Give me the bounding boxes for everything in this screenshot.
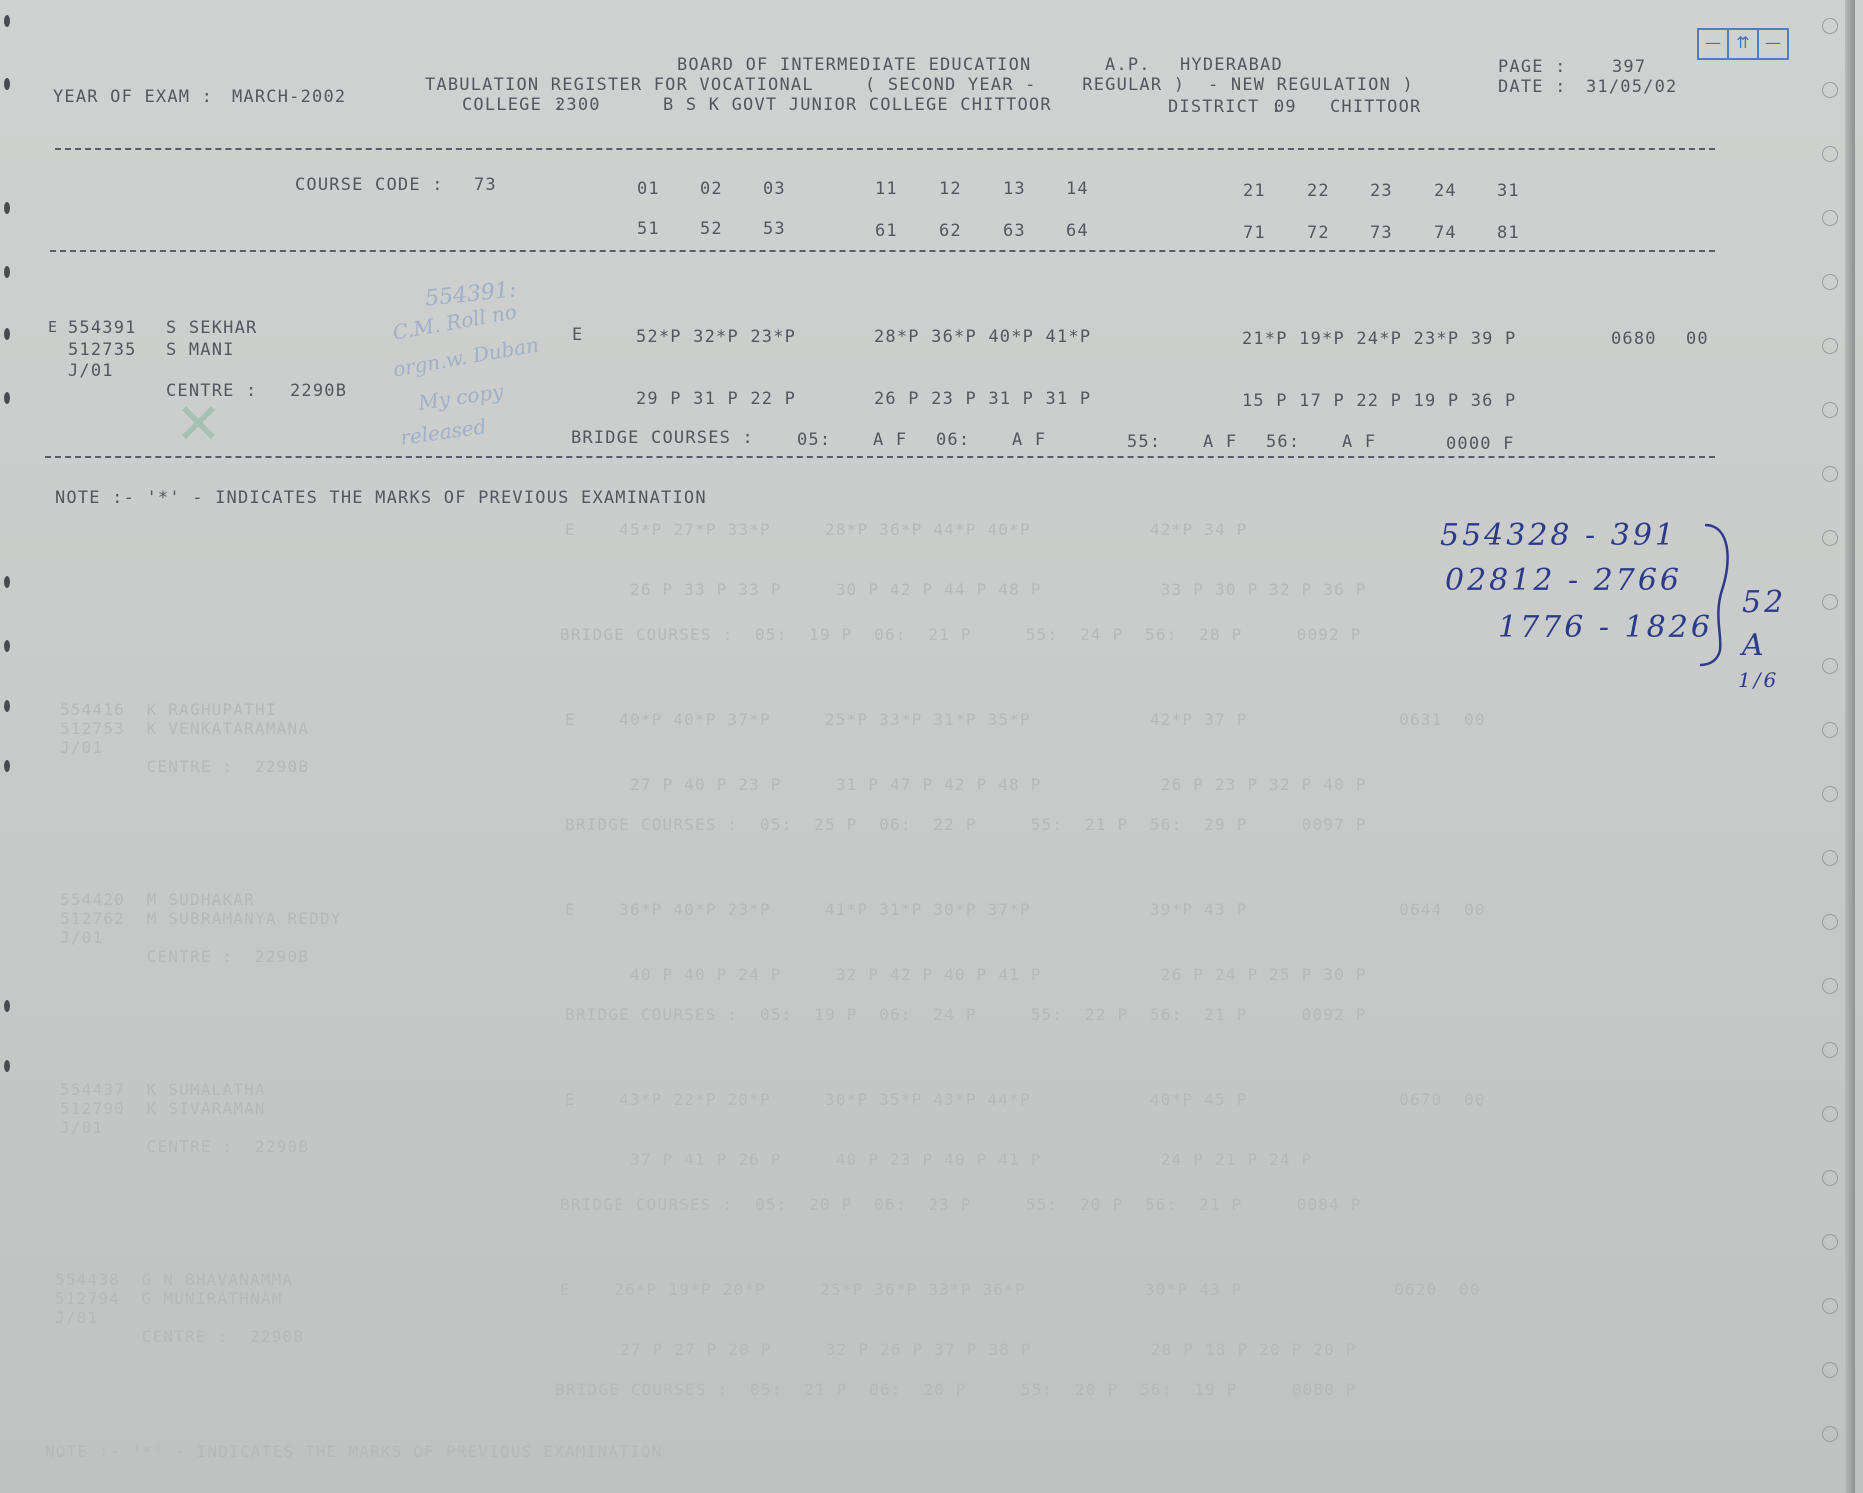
paper-edge [1845,0,1855,1493]
sprocket-hole [1820,1104,1841,1125]
feed-hole [4,392,10,404]
subject-code: 61 [875,221,898,241]
year-label: YEAR OF EXAM : [53,87,213,107]
subject-code: 71 [1243,223,1266,243]
second-year-marks-group2: 26 P 23 P 31 P 31 P [874,389,1091,409]
sprocket-hole [1820,400,1841,421]
feed-hole [4,78,10,90]
feed-hole [4,700,10,712]
handwritten-fraction: 1/6 [1738,668,1779,692]
subject-code: 51 [637,219,660,239]
sprocket-hole [1820,1424,1841,1445]
subject-code: 62 [939,221,962,241]
subject-code: 02 [700,179,723,199]
college-code: 2300 [555,95,601,115]
page-label: PAGE : [1498,57,1567,77]
stamp-cell: — [1759,30,1787,58]
city-name: HYDERABAD [1180,55,1283,75]
centre-code: 2290B [290,381,347,401]
bridge-courses-label: BRIDGE COURSES : [571,428,754,448]
bridge-code: 55: [1127,432,1161,452]
subject-code: 22 [1307,181,1330,201]
feed-hole [4,1060,10,1072]
bridge-result: A F [1012,430,1046,450]
sprocket-hole [1820,1296,1841,1317]
feed-hole [4,328,10,340]
district-code: 09 [1274,97,1297,117]
handwritten-number: 52 [1742,585,1786,620]
sprocket-hole [1820,1232,1841,1253]
divider [50,250,1715,252]
subject-code: 81 [1497,223,1520,243]
subject-code: 11 [875,179,898,199]
subject-code: 72 [1307,223,1330,243]
sprocket-hole [1820,848,1841,869]
handwritten-line: 1776 - 1826 [1498,610,1713,645]
subject-code: 21 [1243,181,1266,201]
subject-code: 14 [1066,179,1089,199]
bridge-code: 06: [936,430,970,450]
bridge-code: 56: [1266,432,1300,452]
divider [45,456,1715,458]
feed-hole [4,15,10,27]
blue-stamp: — ⇈ — [1697,28,1789,60]
registration-number: 512735 [68,340,137,360]
pencil-note: My copy [417,379,505,415]
college-name: B S K GOVT JUNIOR COLLEGE CHITTOOR [663,95,1052,115]
bridge-result: A F [1203,432,1237,452]
subject-code: 31 [1497,181,1520,201]
district-label: DISTRICT : [1168,97,1282,117]
handwritten-line: 554328 - 391 [1440,518,1677,553]
feed-hole [4,1000,10,1012]
feed-hole [4,640,10,652]
second-year-marks-group3: 15 P 17 P 22 P 19 P 36 P [1242,391,1516,411]
bridge-result: A F [1342,432,1376,452]
sprocket-hole [1820,1040,1841,1061]
college-label: COLLEGE : [462,95,565,115]
sprocket-hole [1820,336,1841,357]
state-name: A.P. [1105,55,1151,75]
sprocket-hole [1820,592,1841,613]
subject-code: 23 [1370,181,1393,201]
sprocket-hole [1820,16,1841,37]
bridge-total: 0000 F [1446,434,1515,454]
subject-code: 24 [1434,181,1457,201]
arrows-up-icon: ⇈ [1729,30,1759,58]
pencil-note: released [399,414,488,450]
sprocket-hole [1820,80,1841,101]
sprocket-hole [1820,1360,1841,1381]
subject-code: 13 [1003,179,1026,199]
sprocket-hole [1820,976,1841,997]
sprocket-hole [1820,912,1841,933]
bridge-result: A F [873,430,907,450]
sprocket-hole [1820,464,1841,485]
year-value: MARCH-2002 [232,87,346,107]
subject-code: 52 [700,219,723,239]
sprocket-hole [1820,656,1841,677]
date-label: DATE : [1498,77,1567,97]
subject-code: 74 [1434,223,1457,243]
sprocket-hole [1820,1168,1841,1189]
medium: E [572,325,583,345]
date-value: 31/05/02 [1586,77,1677,97]
record-prefix: E [48,318,58,336]
footnote: NOTE :- '*' - INDICATES THE MARKS OF PRE… [55,488,707,508]
feed-hole [4,202,10,214]
subject-code: 73 [1370,223,1393,243]
board-name: BOARD OF INTERMEDIATE EDUCATION [677,55,1031,75]
feed-hole [4,576,10,588]
sprocket-hole [1820,720,1841,741]
feed-hole [4,760,10,772]
first-year-marks-group1: 52*P 32*P 23*P [636,327,796,347]
tabulation-register-page: — ⇈ — BOARD OF INTERMEDIATE EDUCATION A.… [0,0,1855,1493]
first-year-marks-group2: 28*P 36*P 40*P 41*P [874,327,1091,347]
stamp-cell: — [1699,30,1729,58]
page-number: 397 [1612,57,1646,77]
course-code-label: COURSE CODE : [295,175,444,195]
hall-ticket-number: 554391 [68,318,137,338]
bridge-code: 05: [797,430,831,450]
second-year-marks-group1: 29 P 31 P 22 P [636,389,796,409]
course-code-value: 73 [474,175,497,195]
subject-code: 01 [637,179,660,199]
register-title: TABULATION REGISTER FOR VOCATIONAL [425,75,814,95]
brace-icon [1700,520,1740,670]
subject-code: 64 [1066,221,1089,241]
student-name: S SEKHAR [166,318,257,338]
handwritten-letter: A [1742,628,1767,663]
subject-code: 53 [763,219,786,239]
feed-hole [4,266,10,278]
grand-total: 0680 [1611,329,1657,349]
sprocket-hole [1820,784,1841,805]
first-year-marks-group3: 21*P 19*P 24*P 23*P 39 P [1242,329,1516,349]
batch: J/01 [68,361,114,381]
subject-code: 63 [1003,221,1026,241]
sprocket-hole [1820,272,1841,293]
register-scope: ( SECOND YEAR - REGULAR ) - NEW REGULATI… [865,75,1414,95]
handwritten-line: 02812 - 2766 [1445,563,1682,598]
subject-code: 12 [939,179,962,199]
divider [55,148,1715,150]
sprocket-hole [1820,528,1841,549]
green-cross-mark: ✕ [175,395,235,455]
district-name: CHITTOOR [1330,97,1421,117]
result-code: 00 [1686,329,1709,349]
subject-code: 03 [763,179,786,199]
sprocket-hole [1820,208,1841,229]
centre-label: CENTRE : [166,381,257,401]
parent-name: S MANI [166,340,235,360]
sprocket-hole [1820,144,1841,165]
